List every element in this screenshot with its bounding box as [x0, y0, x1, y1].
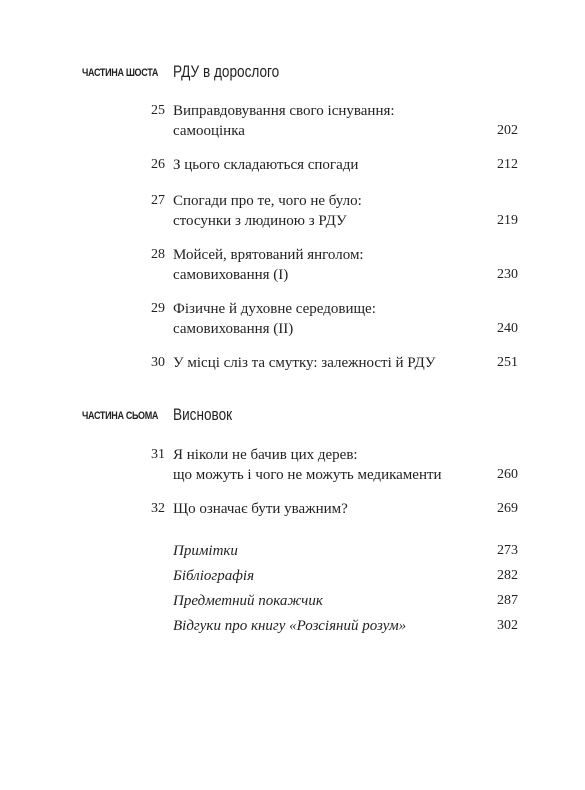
chapter-title: Спогади про те, чого не було: стосунки з… [173, 191, 473, 231]
chapter-number: 32 [151, 499, 165, 519]
chapter-number: 31 [151, 445, 165, 465]
back-matter-title: Відгуки про книгу «Розсіяний розум» [173, 616, 473, 636]
page-number: 273 [497, 541, 518, 561]
page-number: 219 [497, 211, 518, 231]
chapter-number: 26 [151, 155, 165, 175]
back-matter-title: Предметний покажчик [173, 591, 473, 611]
page-number: 240 [497, 319, 518, 339]
chapter-title: У місці сліз та смутку: залежності й РДУ [173, 353, 473, 373]
part-label: ЧАСТИНА СЬОМА [82, 407, 158, 425]
chapter-title: Що означає бути уважним? [173, 499, 473, 519]
page-number: 260 [497, 465, 518, 485]
part-title: Висновок [173, 405, 232, 425]
page-number: 230 [497, 265, 518, 285]
chapter-title: Фізичне й духовне середовище: самовихова… [173, 299, 473, 339]
chapter-number: 28 [151, 245, 165, 265]
page-number: 251 [497, 353, 518, 373]
chapter-title: Я ніколи не бачив цих дерев: що можуть і… [173, 445, 473, 485]
chapter-title: Мойсей, врятований янголом: самовихованн… [173, 245, 473, 285]
chapter-number: 25 [151, 101, 165, 121]
page-number: 269 [497, 499, 518, 519]
page-number: 202 [497, 121, 518, 141]
chapter-title: З цього складаються спогади [173, 155, 473, 175]
page-number: 282 [497, 566, 518, 586]
part-label: ЧАСТИНА ШОСТА [82, 64, 158, 82]
page-number: 302 [497, 616, 518, 636]
chapter-title: Виправдовування свого існування: самооці… [173, 101, 473, 141]
back-matter-title: Примітки [173, 541, 473, 561]
chapter-number: 27 [151, 191, 165, 211]
chapter-number: 29 [151, 299, 165, 319]
part-title: РДУ в дорослого [173, 62, 279, 82]
page-number: 212 [497, 155, 518, 175]
page-number: 287 [497, 591, 518, 611]
back-matter-title: Бібліографія [173, 566, 473, 586]
chapter-number: 30 [151, 353, 165, 373]
